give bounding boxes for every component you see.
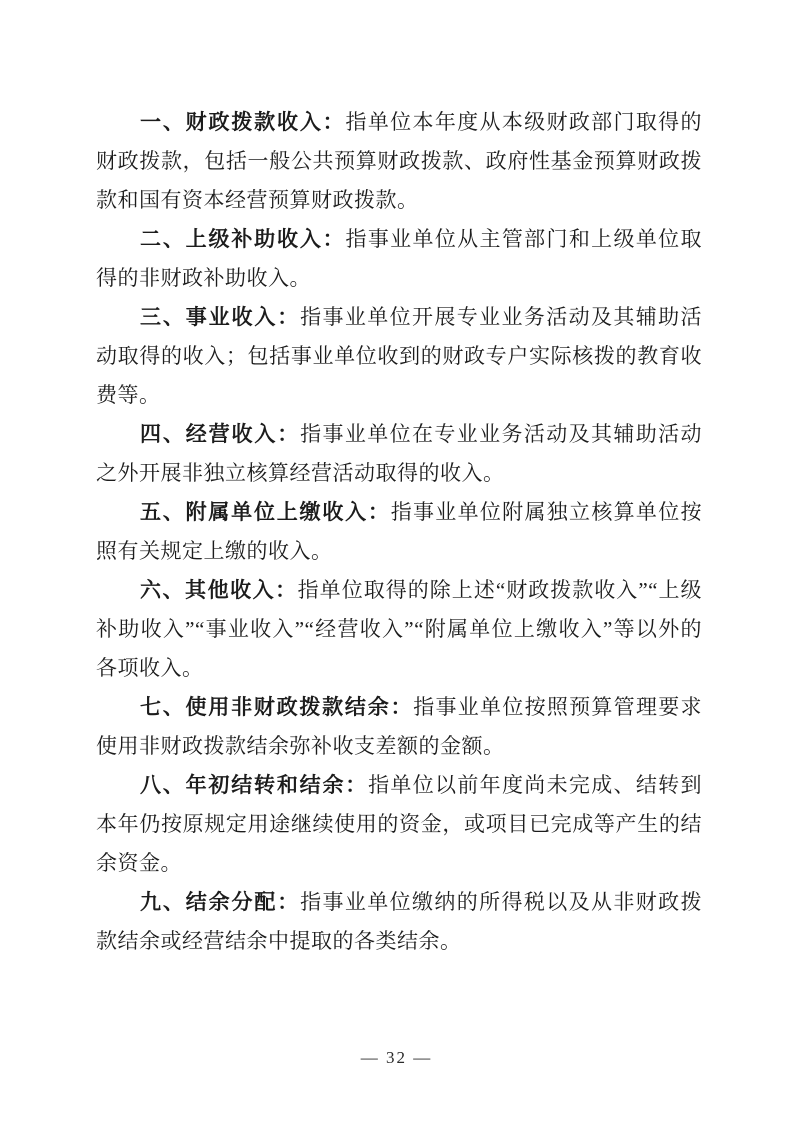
term-definition-paragraph: 六、其他收入：指单位取得的除上述“财政拨款收入”“上级补助收入”“事业收入”“经… <box>96 571 702 688</box>
term-label: 五、附属单位上缴收入： <box>140 501 391 524</box>
term-definition-paragraph: 二、上级补助收入：指事业单位从主管部门和上级单位取得的非财政补助收入。 <box>96 220 702 298</box>
term-definition-paragraph: 四、经营收入：指事业单位在专业业务活动及其辅助活动之外开展非独立核算经营活动取得… <box>96 415 702 493</box>
term-label: 六、其他收入： <box>140 579 298 602</box>
term-label: 三、事业收入： <box>140 306 300 329</box>
term-label: 二、上级补助收入： <box>140 228 346 251</box>
term-definition-paragraph: 八、年初结转和结余：指单位以前年度尚未完成、结转到本年仍按原规定用途继续使用的资… <box>96 766 702 883</box>
page-number: — 32 — <box>0 1048 793 1068</box>
term-label: 八、年初结转和结余： <box>140 774 368 797</box>
term-definition-paragraph: 七、使用非财政拨款结余：指事业单位按照预算管理要求使用非财政拨款结余弥补收支差额… <box>96 688 702 766</box>
term-definition-paragraph: 三、事业收入：指事业单位开展专业业务活动及其辅助活动取得的收入；包括事业单位收到… <box>96 298 702 415</box>
term-label: 九、结余分配： <box>140 891 300 914</box>
term-label: 一、财政拨款收入： <box>140 111 346 134</box>
term-label: 四、经营收入： <box>140 423 300 446</box>
definitions-section: 一、财政拨款收入：指单位本年度从本级财政部门取得的财政拨款，包括一般公共预算财政… <box>96 103 702 961</box>
term-label: 七、使用非财政拨款结余： <box>140 696 413 719</box>
term-definition-paragraph: 一、财政拨款收入：指单位本年度从本级财政部门取得的财政拨款，包括一般公共预算财政… <box>96 103 702 220</box>
document-page: 一、财政拨款收入：指单位本年度从本级财政部门取得的财政拨款，包括一般公共预算财政… <box>0 0 793 1122</box>
term-definition-paragraph: 九、结余分配：指事业单位缴纳的所得税以及从非财政拨款结余或经营结余中提取的各类结… <box>96 883 702 961</box>
term-definition-paragraph: 五、附属单位上缴收入：指事业单位附属独立核算单位按照有关规定上缴的收入。 <box>96 493 702 571</box>
